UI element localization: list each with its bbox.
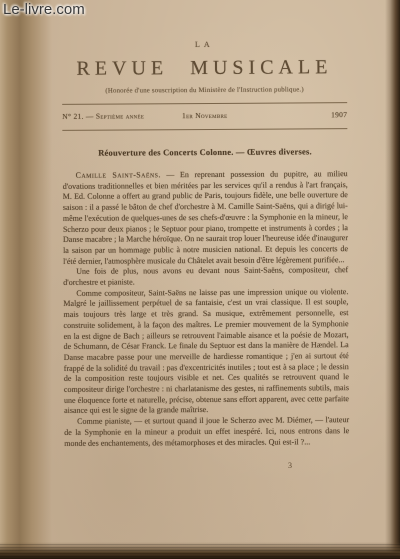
masthead-rule-top [62,102,347,105]
issue-year: 1907 [247,110,348,120]
article-heading: Réouverture des Concerts Colonne. — Œuvr… [62,146,347,158]
masthead-rule-bottom [62,128,347,131]
issue-date: 1er Novembre [163,111,247,121]
page-edge-right [385,0,400,559]
watermark-text: Le-livre.com [3,1,85,18]
issue-line: N° 21. — Septième année 1er Novembre 190… [62,110,347,121]
page-content: LA REVUE MUSICALE (Honorée d'une souscri… [62,27,350,449]
paragraph-3: Comme compositeur, Saint-Saëns ne laisse… [63,287,349,417]
masthead-pretitle: LA [62,39,347,50]
paragraph-1-text: — En reprenant possession du pupitre, au… [63,169,348,265]
masthead-subtitle: (Honorée d'une souscription du Ministère… [62,86,347,95]
scanned-journal-page: Le-livre.com LA REVUE MUSICALE (Honorée … [0,0,400,559]
paragraph-4: Comme pianiste, — et surtout quand il jo… [64,415,349,449]
paragraph-2: Une fois de plus, nous avons eu devant n… [63,265,348,288]
masthead-title: REVUE MUSICALE [62,56,347,81]
paragraph-1-lead-in: Camille Saint-Saëns. [76,170,161,180]
issue-number-and-year-label: N° 21. — Septième année [62,111,163,121]
book-gutter-shadow [0,0,52,559]
page-edge-bottom [0,542,400,559]
press-signature-mark: 3 [288,461,292,470]
article-body: Camille Saint-Saëns. — En reprenant poss… [63,169,350,449]
paragraph-1: Camille Saint-Saëns. — En reprenant poss… [63,169,349,267]
